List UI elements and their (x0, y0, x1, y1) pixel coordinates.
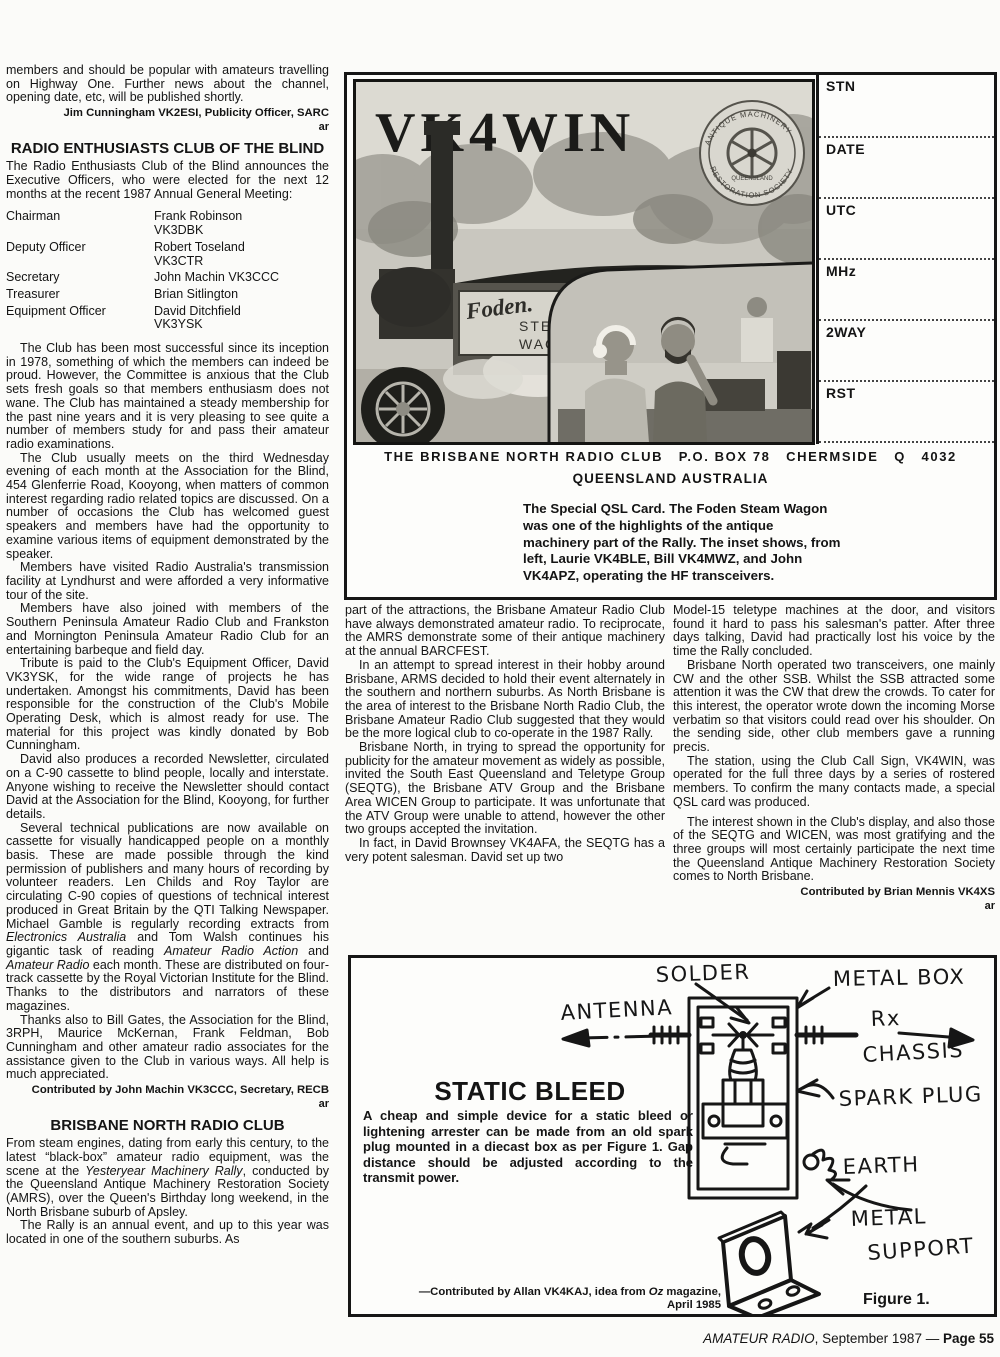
label-metal-box: METAL BOX (833, 965, 966, 991)
label-rx: Rx (870, 1006, 901, 1031)
qsl-club-address: THE BRISBANE NORTH RADIO CLUB P.O. BOX 7… (347, 449, 994, 464)
article-paragraph: David also produces a recorded Newslette… (6, 753, 329, 822)
amrs-emblem: ANTIQUE MACHINERY RESTORATION SOCIETY QU… (700, 101, 804, 205)
byline-bnrc: Contributed by Brian Mennis VK4XS (673, 886, 995, 900)
officer-role: Treasurer (6, 288, 154, 302)
article-paragraph: Thanks also to Bill Gates, the Associati… (6, 1014, 329, 1083)
left-column: members and should be popular with amate… (6, 64, 329, 1247)
article-paragraph: The interest shown in the Club's display… (673, 816, 995, 885)
heading-brisbane-north-radio-club: BRISBANE NORTH RADIO CLUB (6, 1118, 329, 1135)
right-column: Model-15 teletype machines at the door, … (673, 604, 995, 912)
officer-name: Brian Sitlington (154, 288, 238, 302)
officer-row: Secretary John Machin VK3CCC (6, 271, 329, 285)
article-paragraph: The station, using the Club Call Sign, V… (673, 755, 995, 810)
officer-row: Deputy Officer Robert ToselandVK3CTR (6, 241, 329, 268)
middle-column: part of the attractions, the Brisbane Am… (345, 604, 665, 864)
article-paragraph: From steam engines, dating from early th… (6, 1137, 329, 1219)
article-paragraph: The Radio Enthusiasts Club of the Blind … (6, 160, 329, 201)
article-paragraph: Brisbane North operated two transceivers… (673, 659, 995, 755)
officer-row: Equipment Officer David DitchfieldVK3YSK (6, 305, 329, 332)
article-paragraph: Brisbane North, in trying to spread the … (345, 741, 665, 837)
article-paragraph: The Club usually meets on the third Wedn… (6, 452, 329, 562)
officer-callsign: VK3DBK (154, 224, 242, 238)
officer-role: Equipment Officer (6, 305, 154, 332)
qsl-club-state: QUEENSLAND AUSTRALIA (347, 471, 994, 486)
qsl-field-date: DATE (819, 136, 994, 197)
page-footer: AMATEUR RADIO, September 1987 — Page 55 (703, 1331, 994, 1346)
qsl-field-utc: UTC (819, 197, 994, 258)
officer-name: Robert Toseland (154, 241, 245, 255)
qsl-field-mhz: MHz (819, 258, 994, 319)
article-paragraph: In an attempt to spread interest in thei… (345, 659, 665, 741)
qsl-field-rst: RST (819, 380, 994, 443)
article-paragraph: part of the attractions, the Brisbane Am… (345, 604, 665, 659)
officer-name: John Machin VK3CCC (154, 271, 279, 285)
officer-row: Chairman Frank RobinsonVK3DBK (6, 210, 329, 237)
end-of-article-mark: ar (6, 121, 329, 133)
article-paragraph: Model-15 teletype machines at the door, … (673, 604, 995, 659)
article-paragraph: The Rally is an annual event, and up to … (6, 1219, 329, 1246)
qsl-field-2way: 2WAY (819, 319, 994, 380)
italic-title: Amateur Radio Action (164, 944, 298, 958)
article-paragraph: Members have visited Radio Australia's t… (6, 561, 329, 602)
article-paragraph: members and should be popular with amate… (6, 64, 329, 105)
label-metal: METAL (850, 1204, 927, 1231)
qsl-callsign: VK4WIN (375, 102, 635, 164)
qsl-photo: VK4WIN ANTIQUE MACHINERY RESTORATION SOC… (353, 79, 815, 445)
inset-operators-photo (549, 263, 812, 445)
article-paragraph: In fact, in David Brownsey VK4AFA, the S… (345, 837, 665, 864)
end-of-article-mark: ar (6, 1098, 329, 1110)
label-figure-1: Figure 1. (863, 1291, 930, 1308)
italic-title: Oz (649, 1286, 663, 1298)
label-chassis: CHASSIS (862, 1038, 965, 1067)
static-bleed-credit-date: April 1985 (381, 1299, 721, 1312)
officer-name: Frank Robinson (154, 210, 242, 224)
officer-name: David Ditchfield (154, 305, 241, 319)
italic-title: Electronics Australia (6, 930, 126, 944)
end-of-article-mark: ar (673, 900, 995, 912)
label-earth: EARTH (842, 1152, 920, 1179)
magazine-title: AMATEUR RADIO (703, 1331, 815, 1346)
footer-issue: , September 1987 — (815, 1331, 943, 1346)
label-spark-plug: SPARK PLUG (838, 1082, 983, 1111)
label-antenna: ANTENNA (560, 995, 674, 1025)
officer-role: Deputy Officer (6, 241, 154, 268)
static-bleed-figure: SOLDER METAL BOX ANTENNA Rx CHASSIS SPAR… (348, 955, 997, 1317)
officer-role: Chairman (6, 210, 154, 237)
qsl-log-fields: STN DATE UTC MHz 2WAY RST (816, 75, 994, 444)
italic-title: Amateur Radio (6, 958, 89, 972)
officer-role: Secretary (6, 271, 154, 285)
static-bleed-title: STATIC BLEED (365, 1076, 695, 1107)
article-paragraph: Members have also joined with members of… (6, 602, 329, 657)
officer-callsign: VK3CTR (154, 255, 245, 269)
label-solder: SOLDER (655, 960, 750, 987)
article-paragraph: Several technical publications are now a… (6, 822, 329, 1014)
byline-recb: Contributed by John Machin VK3CCC, Secre… (6, 1084, 329, 1098)
static-bleed-text: A cheap and simple device for a static b… (363, 1108, 693, 1186)
officer-row: Treasurer Brian Sitlington (6, 288, 329, 302)
italic-title: Yesteryear Machinery Rally (85, 1164, 242, 1178)
page-number: Page 55 (943, 1331, 994, 1346)
qsl-photo-illustration: VK4WIN ANTIQUE MACHINERY RESTORATION SOC… (353, 79, 815, 445)
static-bleed-credit: —Contributed by Allan VK4KAJ, idea from … (381, 1286, 721, 1312)
qsl-card-caption: The Special QSL Card. The Foden Steam Wa… (523, 501, 841, 585)
magazine-page: members and should be popular with amate… (0, 0, 1000, 1357)
article-paragraph: The Club has been most successful since … (6, 342, 329, 452)
qsl-field-stn: STN (819, 75, 994, 136)
heading-radio-enthusiasts-club: RADIO ENTHUSIASTS CLUB OF THE BLIND (6, 141, 329, 158)
officer-callsign: VK3YSK (154, 318, 241, 332)
byline-sarc: Jim Cunningham VK2ESI, Publicity Officer… (6, 107, 329, 121)
article-paragraph: Tribute is paid to the Club's Equipment … (6, 657, 329, 753)
officers-list: Chairman Frank RobinsonVK3DBK Deputy Off… (6, 210, 329, 332)
emblem-banner: QUEENSLAND (731, 176, 773, 182)
qsl-card-figure: VK4WIN ANTIQUE MACHINERY RESTORATION SOC… (344, 72, 997, 600)
label-support: SUPPORT (867, 1234, 975, 1265)
